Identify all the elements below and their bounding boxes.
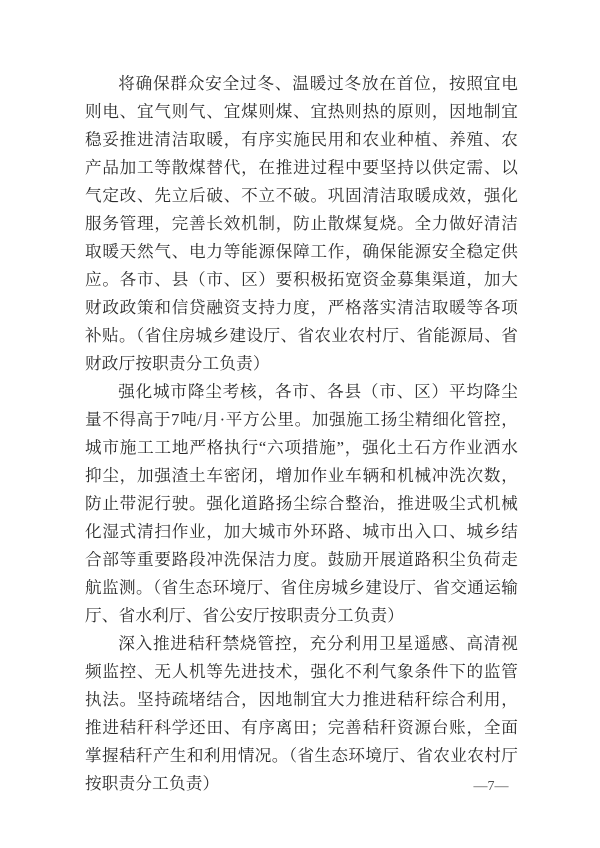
- paragraph-clean-heating: 将确保群众安全过冬、温暖过冬放在首位，按照宜电则电、宜气则气、宜煤则煤、宜热则热…: [85, 70, 518, 378]
- paragraph-straw-burning-control: 深入推进秸秆禁烧管控，充分利用卫星遥感、高清视频监控、无人机等先进技术，强化不利…: [85, 630, 518, 798]
- page-number: —7—: [446, 779, 536, 795]
- document-page: 将确保群众安全过冬、温暖过冬放在首位，按照宜电则电、宜气则气、宜煤则煤、宜热则热…: [0, 0, 600, 848]
- document-body: 将确保群众安全过冬、温暖过冬放在首位，按照宜电则电、宜气则气、宜煤则煤、宜热则热…: [85, 70, 518, 798]
- paragraph-dust-control: 强化城市降尘考核，各市、各县（市、区）平均降尘量不得高于7吨/月·平方公里。加强…: [85, 378, 518, 630]
